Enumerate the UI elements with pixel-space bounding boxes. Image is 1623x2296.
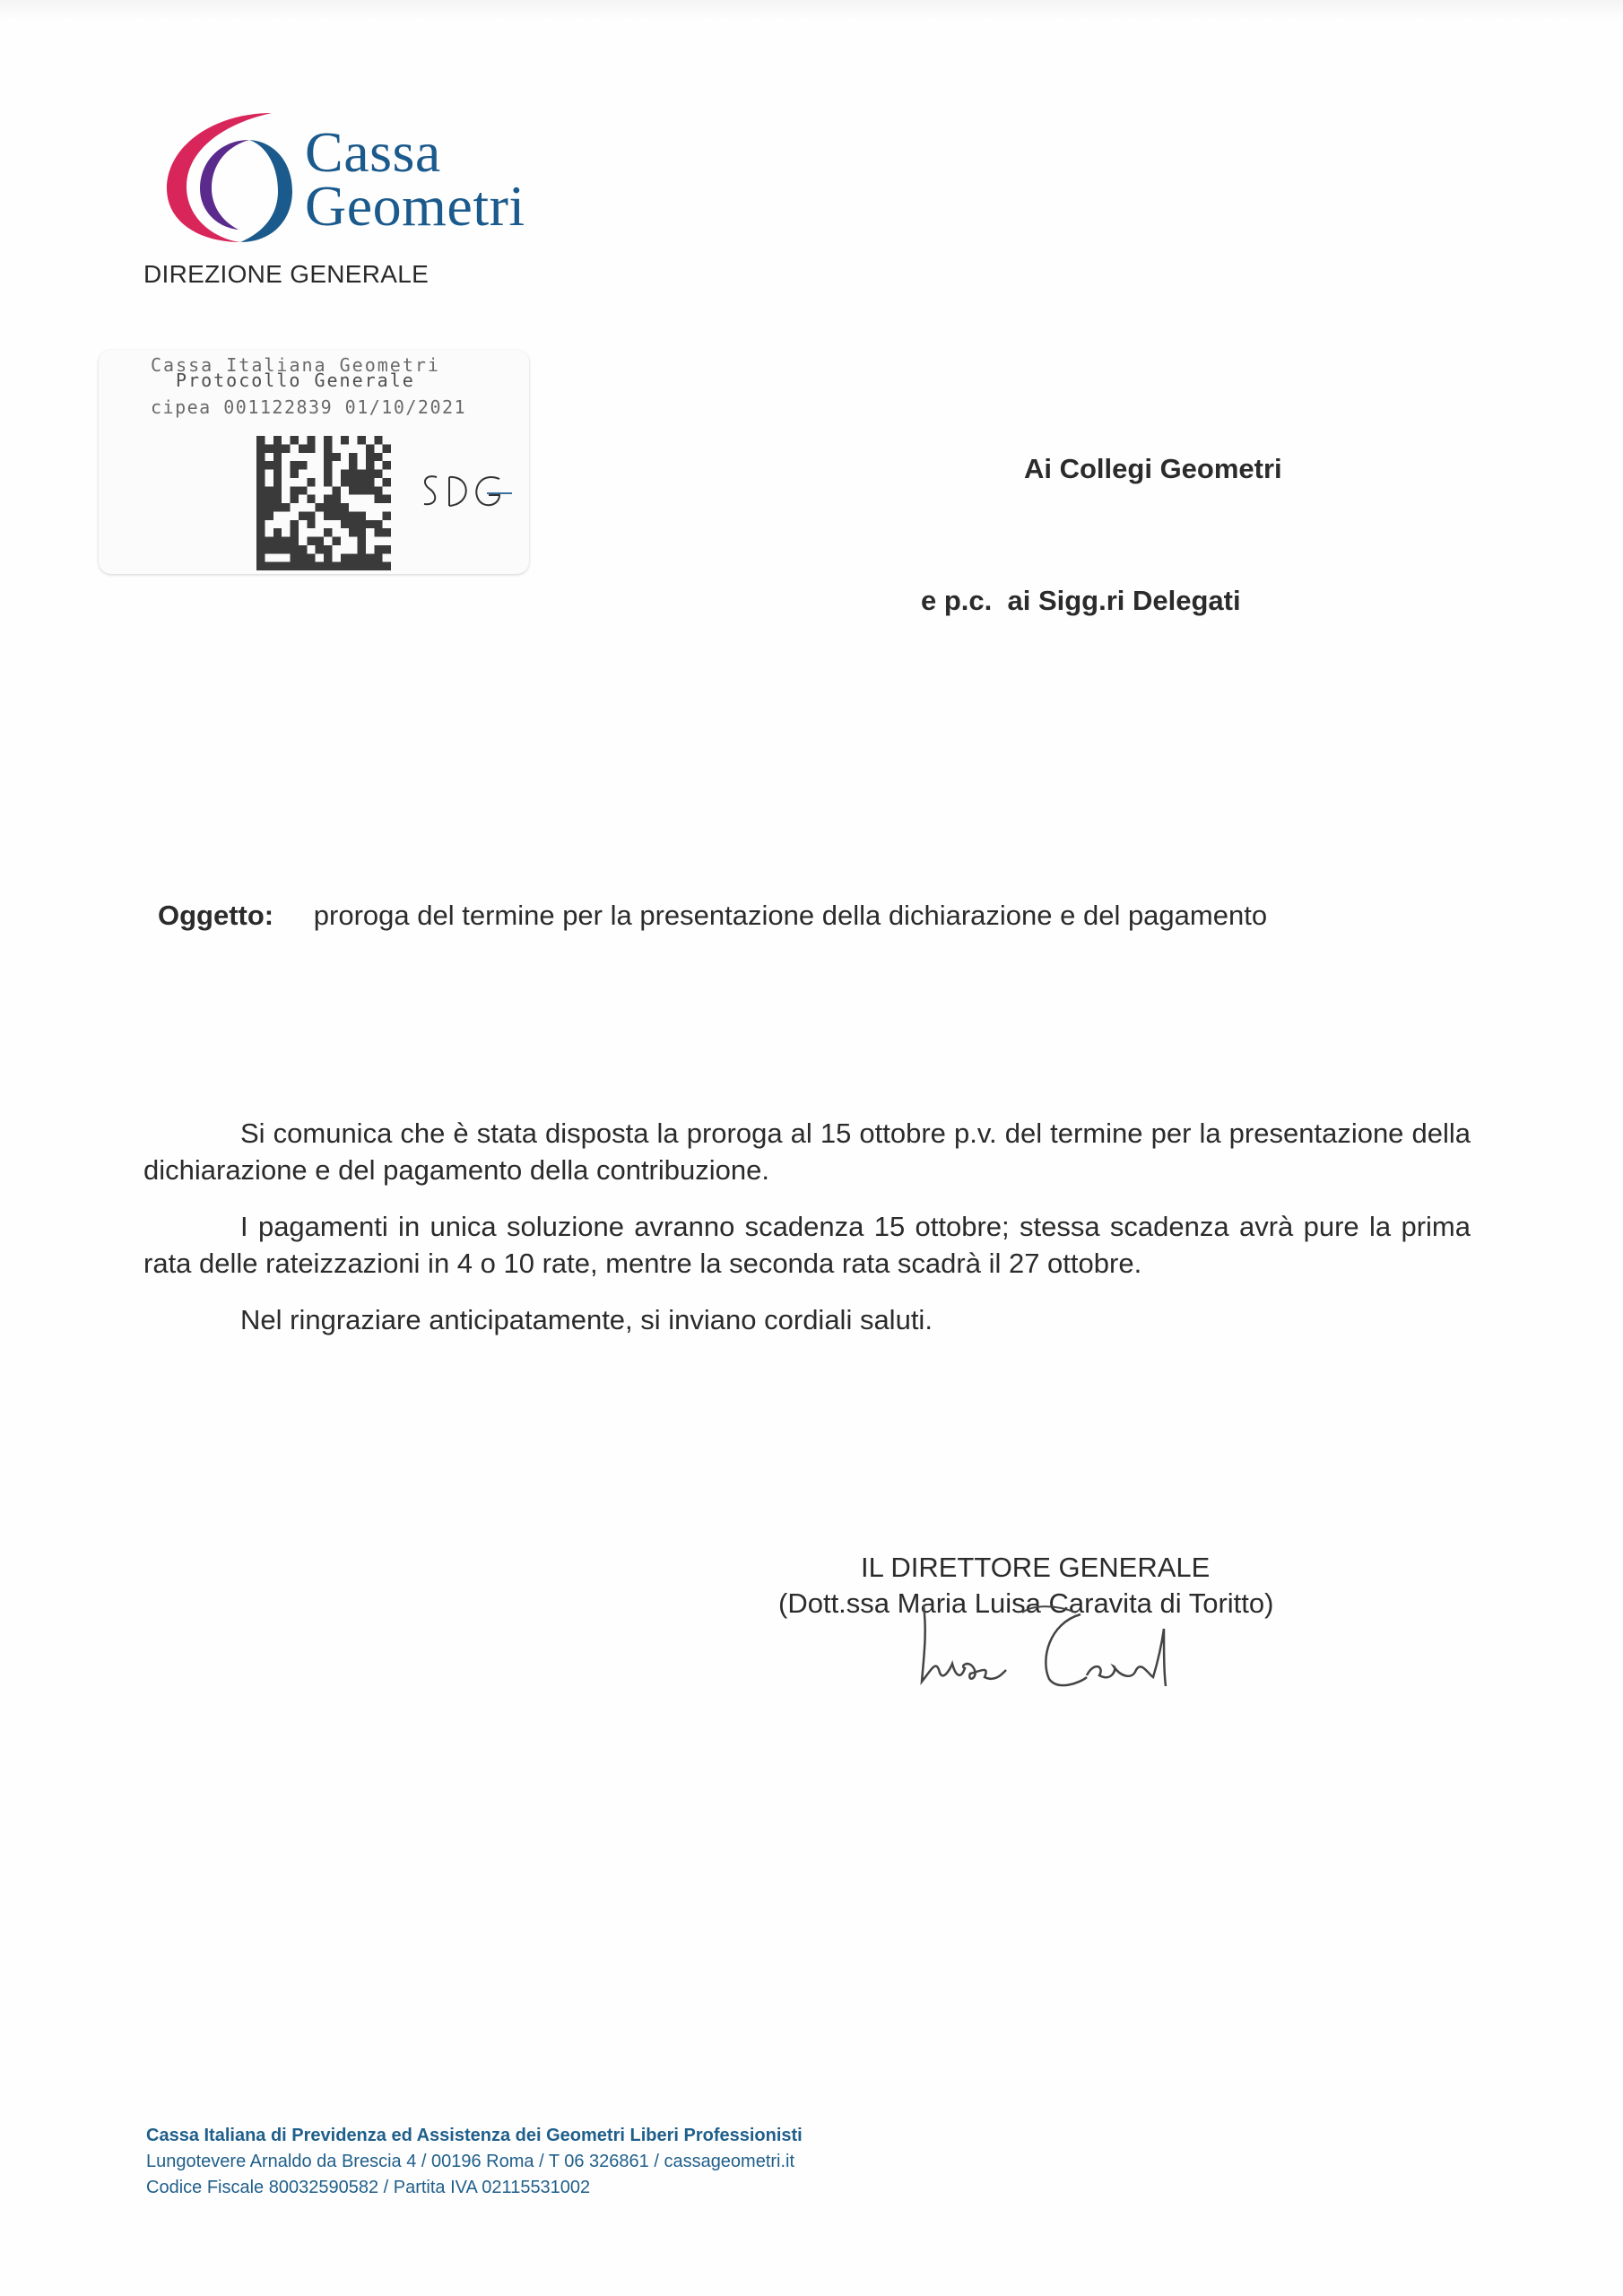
handwritten-sdg-note [417,465,516,518]
brand-name: Cassa Geometri [305,126,525,233]
footer-org-name: Cassa Italiana di Previdenza ed Assisten… [146,2123,803,2149]
handwritten-signature [897,1596,1202,1695]
cassa-geometri-logo-icon [151,106,294,249]
letter-footer: Cassa Italiana di Previdenza ed Assisten… [146,2123,803,2201]
signatory-title: IL DIRETTORE GENERALE [861,1552,1210,1584]
subject-line: Oggetto: proroga del termine per la pres… [158,900,1267,932]
footer-tax-ids: Codice Fiscale 80032590582 / Partita IVA… [146,2175,803,2201]
stamp-line-2: Protocollo Generale [176,370,415,391]
subject-text: proroga del termine per la presentazione… [314,900,1267,931]
brand-line-2: Geometri [305,179,525,233]
stamp-protocol-number: cipea 001122839 01/10/2021 [151,396,466,418]
department-label: DIREZIONE GENERALE [143,260,429,289]
subject-label: Oggetto: [158,900,273,931]
letter-page: Cassa Geometri DIREZIONE GENERALE Cassa … [0,0,1623,2296]
recipient-primary: Ai Collegi Geometri [1024,453,1282,485]
letter-body: Si comunica che è stata disposta la pror… [143,1115,1471,1358]
scan-edge [0,0,1623,20]
datamatrix-barcode-icon [254,436,394,570]
body-paragraph: Si comunica che è stata disposta la pror… [143,1115,1471,1188]
footer-address: Lungotevere Arnaldo da Brescia 4 / 00196… [146,2149,803,2175]
body-paragraph: Nel ringraziare anticipatamente, si invi… [143,1301,1471,1338]
recipient-cc: e p.c. ai Sigg.ri Delegati [921,585,1241,617]
body-paragraph: I pagamenti in unica soluzione avranno s… [143,1208,1471,1282]
protocol-stamp: Cassa Italiana Geometri Protocollo Gener… [99,350,529,574]
